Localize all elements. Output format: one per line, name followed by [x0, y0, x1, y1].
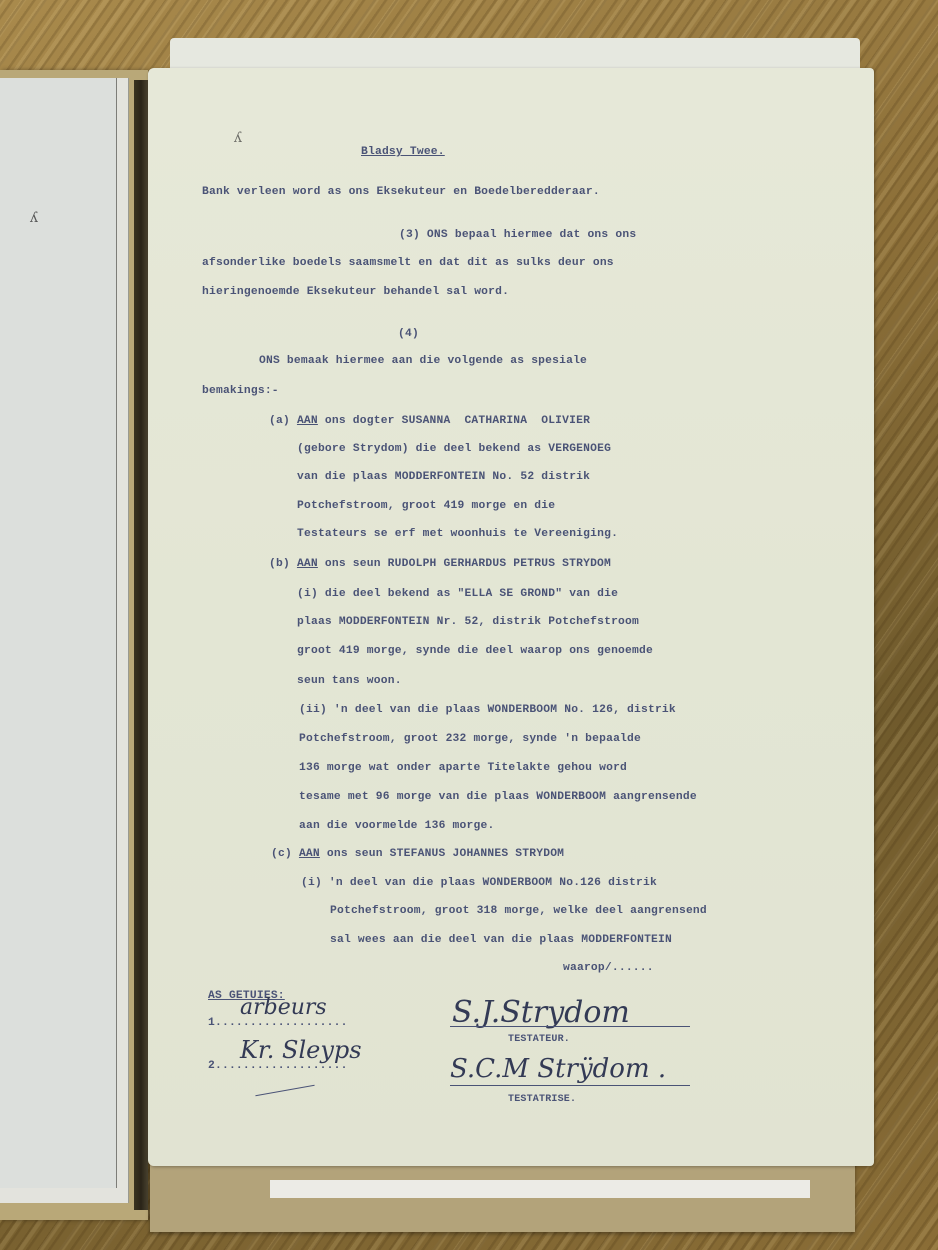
- bequest-marker: (b): [269, 558, 290, 570]
- bequest-marker: (a): [269, 415, 290, 427]
- bequest-marker: (c): [271, 848, 292, 860]
- witness-signature-1: arbeurs: [240, 995, 327, 1020]
- continuation-catchword: waarop/......: [563, 962, 654, 974]
- page-stack-bottom: [270, 1180, 810, 1198]
- bequest-heading: ons seun RUDOLPH GERHARDUS PETRUS STRYDO…: [318, 558, 611, 570]
- bequest-line: aan die voormelde 136 morge.: [299, 820, 494, 832]
- bequest-line: Potchefstroom, groot 419 morge en die: [297, 500, 555, 512]
- bequest-a-heading: (a) AAN ons dogter SUSANNA CATHARINA OLI…: [269, 415, 590, 427]
- bequest-lead: AAN: [297, 415, 318, 427]
- bequest-lead: AAN: [297, 558, 318, 570]
- text-line: (3) ONS bepaal hiermee dat ons ons: [399, 229, 636, 241]
- bequest-line: (gebore Strydom) die deel bekend as VERG…: [297, 443, 611, 455]
- text-line: bemakings:-: [202, 385, 279, 397]
- text-line: hieringenoemde Eksekuteur behandel sal w…: [202, 286, 509, 298]
- testator-signature: S.J.Strydom: [452, 995, 630, 1030]
- bequest-line: van die plaas MODDERFONTEIN No. 52 distr…: [297, 471, 590, 483]
- page-heading: Bladsy Twee.: [361, 146, 445, 158]
- bequest-lead: AAN: [299, 848, 320, 860]
- bequest-heading: ons seun STEFANUS JOHANNES STRYDOM: [320, 848, 564, 860]
- bequest-b-heading: (b) AAN ons seun RUDOLPH GERHARDUS PETRU…: [269, 558, 611, 570]
- text-line: afsonderlike boedels saamsmelt en dat di…: [202, 257, 614, 269]
- testatrix-signature-line: [450, 1085, 690, 1086]
- bequest-line: tesame met 96 morge van die plaas WONDER…: [299, 791, 697, 803]
- testator-signature-line: [450, 1026, 690, 1027]
- bequest-line: sal wees aan die deel van die plaas MODD…: [330, 934, 672, 946]
- bequest-line: (i) 'n deel van die plaas WONDERBOOM No.…: [301, 877, 657, 889]
- left-sheet: ʎ: [0, 78, 117, 1188]
- witness-signature-2: Kr. Sleyps: [240, 1036, 362, 1064]
- bequest-line: groot 419 morge, synde die deel waarop o…: [297, 645, 653, 657]
- folder-gutter: [134, 80, 148, 1210]
- left-margin-mark: ʎ: [30, 210, 38, 226]
- bequest-line: (ii) 'n deel van die plaas WONDERBOOM No…: [299, 704, 676, 716]
- bequest-line: Potchefstroom, groot 232 morge, synde 'n…: [299, 733, 641, 745]
- bequest-line: plaas MODDERFONTEIN Nr. 52, distrik Potc…: [297, 616, 639, 628]
- bequest-line: seun tans woon.: [297, 675, 402, 687]
- testatrix-signature: S.C.M Strÿdom .: [450, 1054, 666, 1084]
- testator-title: TESTATEUR.: [508, 1034, 570, 1045]
- testatrix-title: TESTATRISE.: [508, 1094, 576, 1105]
- page-margin-mark: ʎ: [234, 130, 242, 146]
- text-line: ONS bemaak hiermee aan die volgende as s…: [259, 355, 587, 367]
- bequest-line: 136 morge wat onder aparte Titelakte geh…: [299, 762, 627, 774]
- text-line: Bank verleen word as ons Eksekuteur en B…: [202, 186, 600, 198]
- bequest-c-heading: (c) AAN ons seun STEFANUS JOHANNES STRYD…: [271, 848, 564, 860]
- bequest-line: ons dogter SUSANNA CATHARINA OLIVIER: [318, 415, 590, 427]
- bequest-line: Potchefstroom, groot 318 morge, welke de…: [330, 905, 707, 917]
- bequest-line: (i) die deel bekend as "ELLA SE GROND" v…: [297, 588, 618, 600]
- section-number: (4): [398, 328, 419, 340]
- bequest-line: Testateurs se erf met woonhuis te Vereen…: [297, 528, 618, 540]
